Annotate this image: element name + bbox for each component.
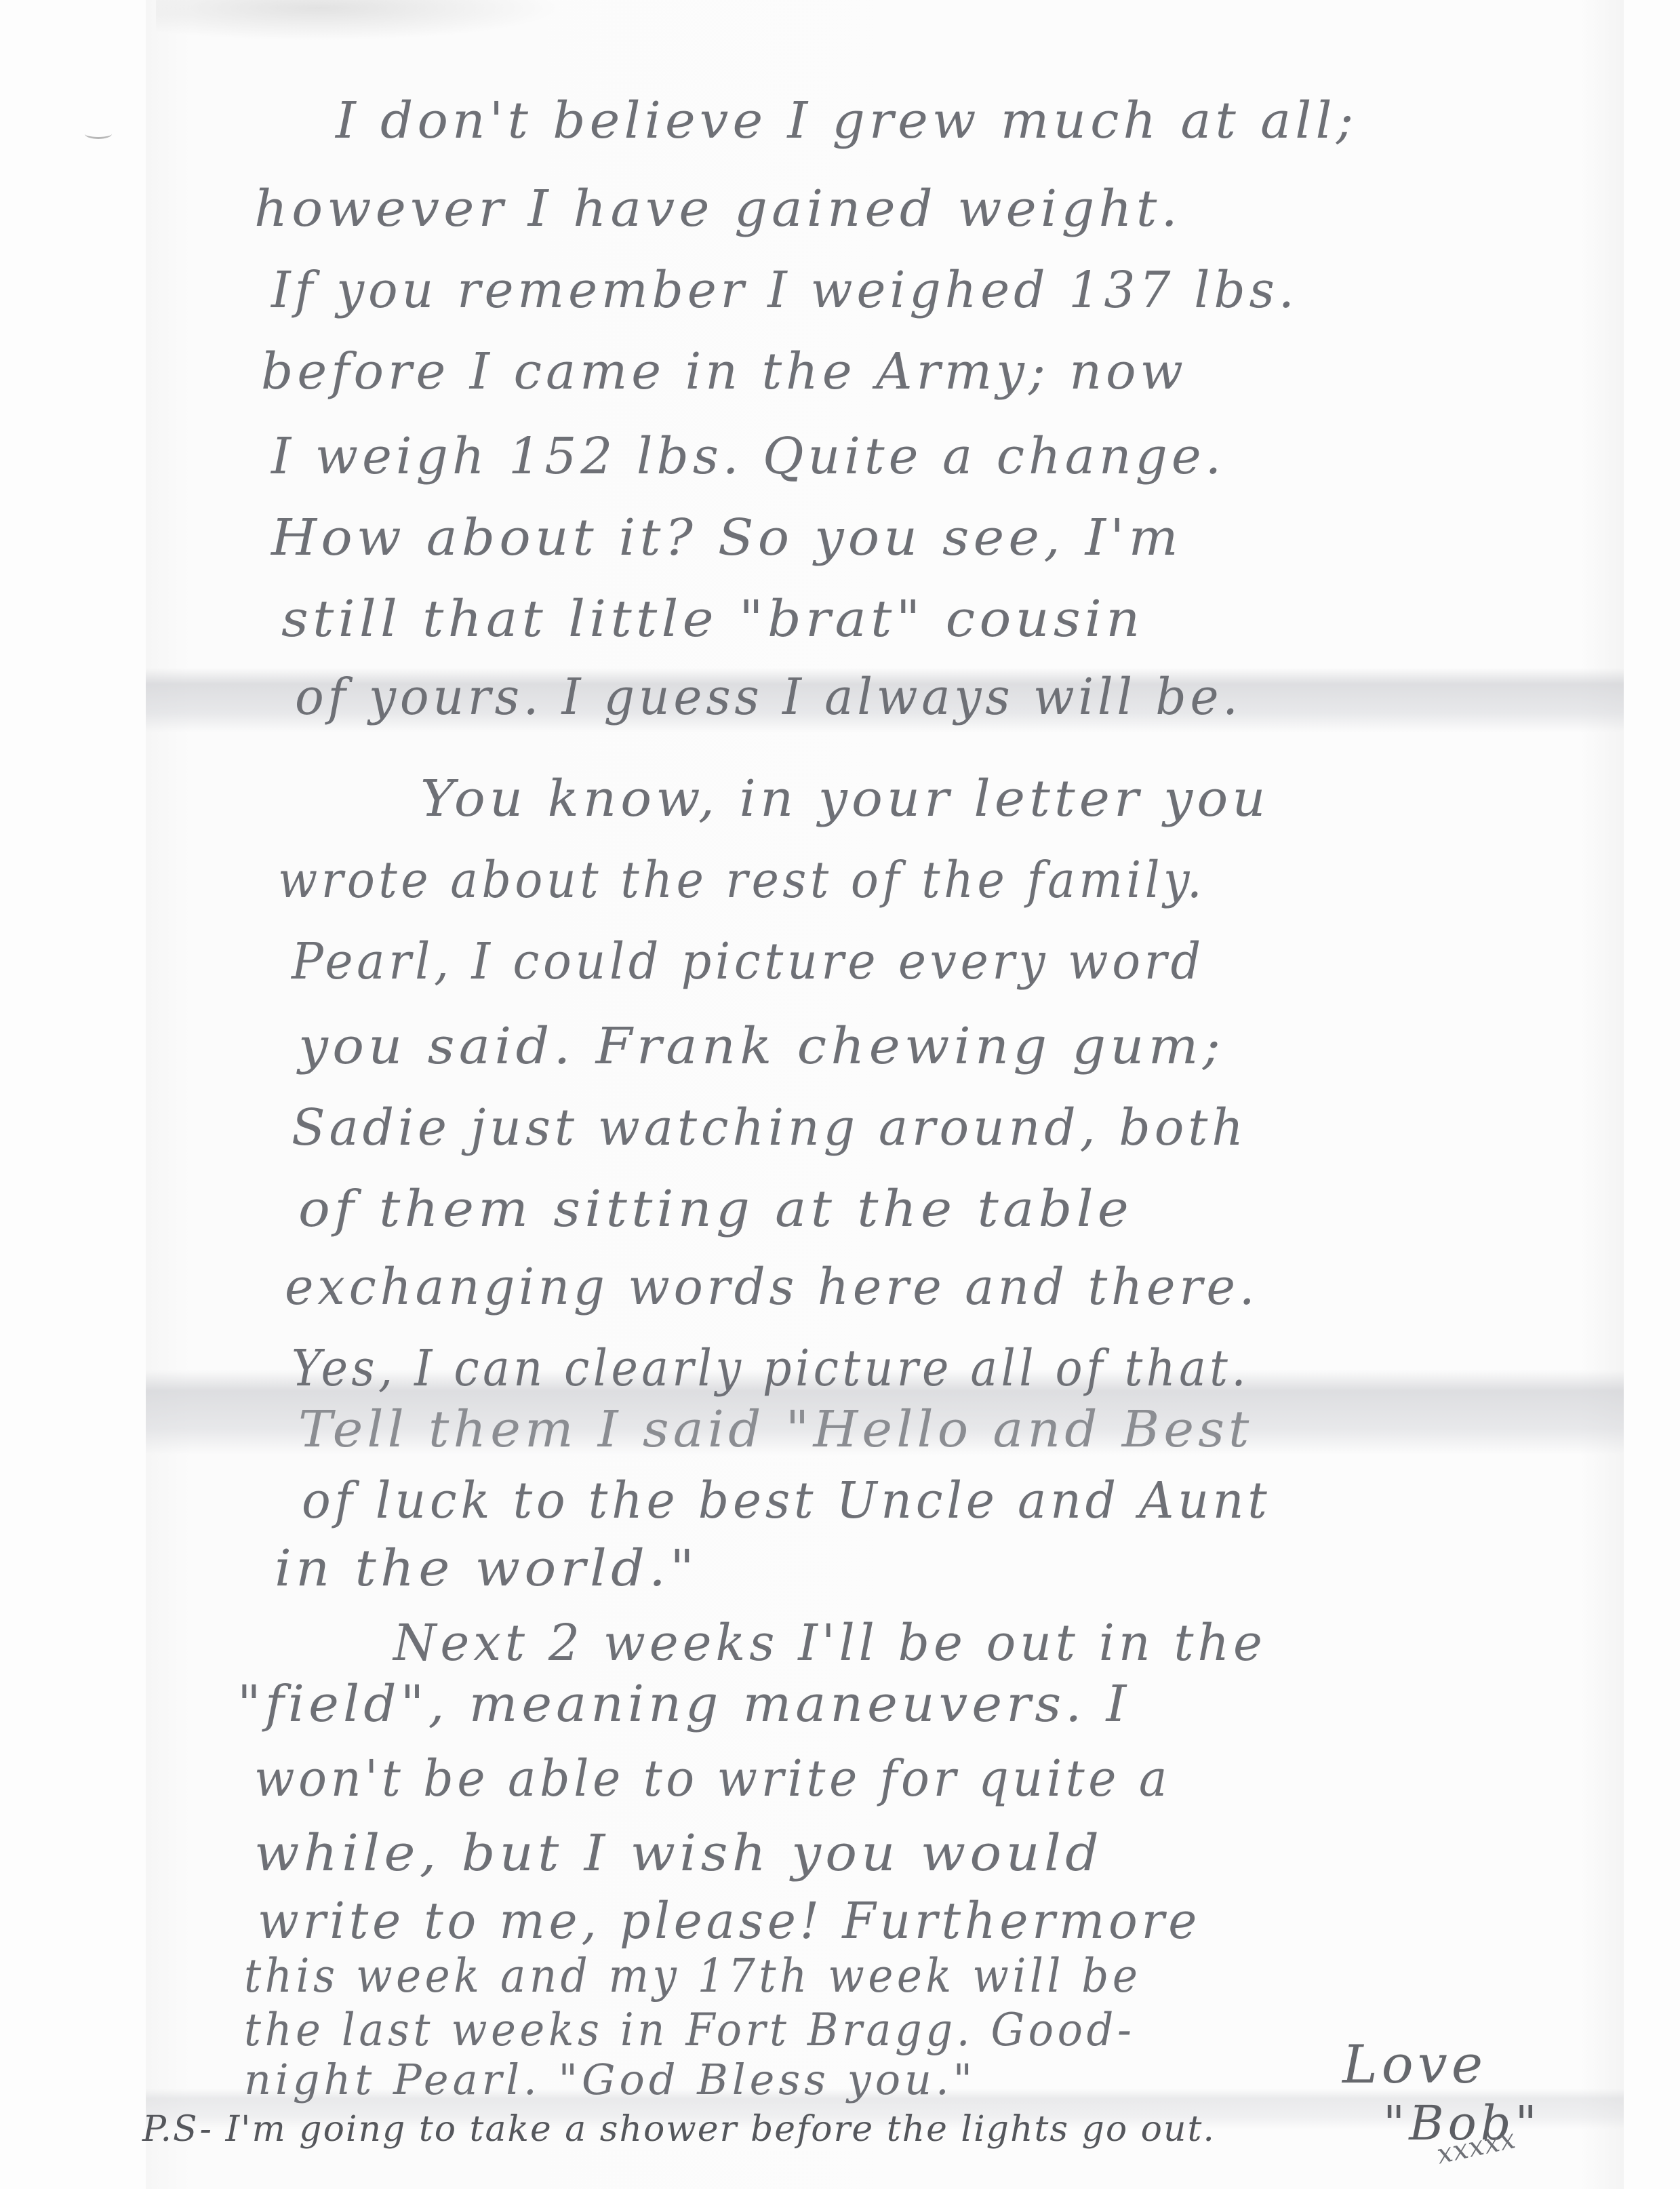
letter-closing: Love <box>1342 2034 1487 2095</box>
postscript: P.S- I'm going to take a shower before t… <box>142 2109 1216 2150</box>
letter-line: write to me, please! Furthermore <box>258 1892 1201 1950</box>
letter-line: while, but I wish you would <box>254 1824 1103 1882</box>
letter-line: If you remember I weighed 137 lbs. <box>271 261 1298 319</box>
letter-line: exchanging words here and there. <box>285 1258 1258 1316</box>
letter-line: wrote about the rest of the family. <box>278 851 1205 909</box>
letter-line: won't be able to write for quite a <box>254 1750 1171 1808</box>
letter-line: of yours. I guess I always will be. <box>295 668 1242 726</box>
letter-line: I don't believe I grew much at all; <box>336 92 1357 150</box>
margin-pencil-mark <box>85 129 112 139</box>
letter-line: of luck to the best Uncle and Aunt <box>302 1472 1271 1530</box>
scan-smudge <box>156 0 563 41</box>
letter-line: the last weeks in Fort Bragg. Good- <box>244 2004 1136 2056</box>
letter-line: of them sitting at the table <box>298 1180 1133 1238</box>
letter-line: before I came in the Army; now <box>261 342 1187 401</box>
letter-line: night Pearl. "God Bless you." <box>244 2055 976 2104</box>
letter-line: Pearl, I could picture every word <box>292 932 1205 991</box>
letter-line: still that little "brat" cousin <box>281 590 1144 648</box>
letter-line: you said. Frank chewing gum; <box>298 1017 1224 1076</box>
letter-line: How about it? So you see, I'm <box>271 509 1182 567</box>
letter-line: You know, in your letter you <box>420 770 1270 828</box>
letter-line: "field", meaning maneuvers. I <box>237 1675 1130 1733</box>
letter-line: Next 2 weeks I'll be out in the <box>393 1614 1266 1672</box>
letter-line: I weigh 152 lbs. Quite a change. <box>271 427 1225 486</box>
letter-line: Sadie just watching around, both <box>292 1099 1247 1157</box>
letter-line: Tell them I said "Hello and Best <box>298 1400 1254 1459</box>
letter-line: however I have gained weight. <box>254 180 1182 238</box>
scanned-letter-page: I don't believe I grew much at all; howe… <box>0 0 1680 2189</box>
letter-line: this week and my 17th week will be <box>244 1950 1141 2003</box>
letter-line: Yes, I can clearly picture all of that. <box>292 1339 1249 1398</box>
letter-line: in the world." <box>275 1539 698 1598</box>
